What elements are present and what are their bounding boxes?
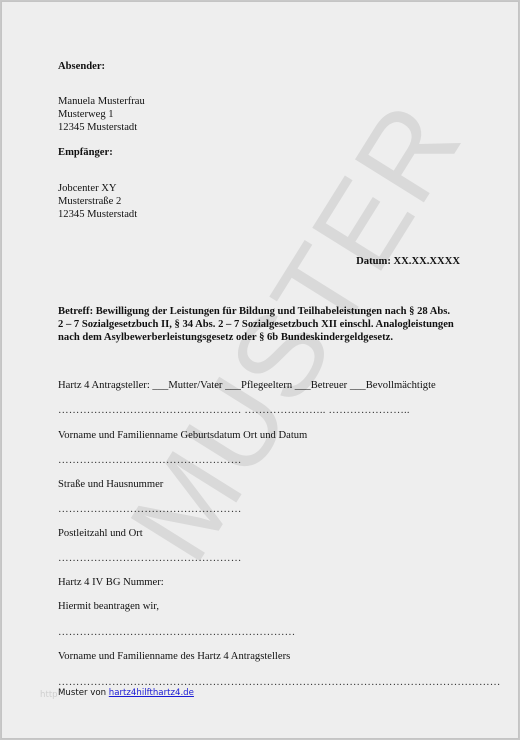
date: Datum: XX.XX.XXXX: [356, 255, 460, 268]
sender-name: Manuela Musterfrau: [58, 95, 145, 108]
name-birth-label: Vorname und Familienname Geburtsdatum Or…: [58, 429, 307, 442]
ghost-text: http: [40, 690, 58, 700]
recipient-street: Musterstraße 2: [58, 195, 121, 208]
footer: Muster von hartz4hilfthartz4.de: [58, 688, 194, 698]
applicant-name-label: Vorname und Familienname des Hartz 4 Ant…: [58, 650, 290, 663]
footer-link[interactable]: hartz4hilfthartz4.de: [109, 688, 194, 698]
fill-line-3: ……………………………………………: [58, 503, 242, 516]
recipient-heading: Empfänger:: [58, 146, 113, 159]
applicant-type-line: Hartz 4 Antragsteller: ___Mutter/Vater _…: [58, 379, 436, 392]
fill-line-4: ……………………………………………: [58, 552, 242, 565]
request-text: Hiermit beantragen wir,: [58, 600, 159, 613]
document-page: MUSTER Absender: Manuela Musterfrau Must…: [1, 1, 519, 739]
sender-heading: Absender:: [58, 60, 105, 73]
recipient-name: Jobcenter XY: [58, 182, 117, 195]
bg-number-label: Hartz 4 IV BG Nummer:: [58, 576, 164, 589]
sender-city: 12345 Musterstadt: [58, 121, 137, 134]
street-label: Straße und Hausnummer: [58, 478, 163, 491]
subject-line-2: 2 – 7 Sozialgesetzbuch II, § 34 Abs. 2 –…: [58, 318, 454, 332]
watermark: MUSTER: [103, 156, 441, 584]
zip-label: Postleitzahl und Ort: [58, 527, 143, 540]
fill-line-2: ……………………………………………: [58, 454, 242, 467]
footer-prefix: Muster von: [58, 688, 106, 698]
subject-line-1: Betreff: Bewilligung der Leistungen für …: [58, 305, 450, 319]
subject-line-3: nach dem Asylbewerberleistungsgesetz ode…: [58, 331, 393, 345]
fill-line-1: …………………………………………… ………………….. …………………..: [58, 404, 410, 417]
sender-street: Musterweg 1: [58, 108, 114, 121]
fill-line-5: …………………………………………………………: [58, 626, 295, 639]
recipient-city: 12345 Musterstadt: [58, 208, 137, 221]
